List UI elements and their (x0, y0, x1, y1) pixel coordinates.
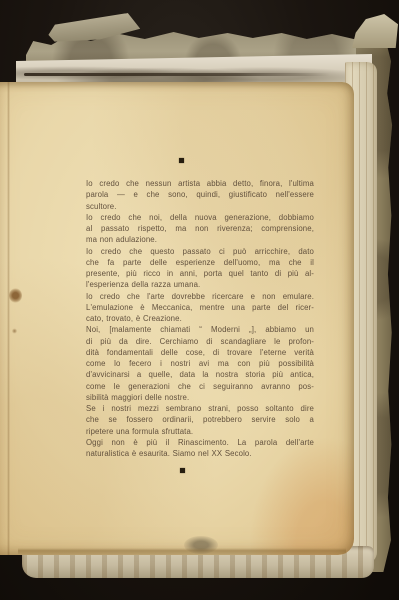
text-line: Io credo che questo passato ci può arric… (86, 246, 314, 257)
stain-speck (12, 328, 17, 334)
text-line: presente, più ricco in anni, porta quel … (86, 268, 314, 279)
text-line: naturalistica è esaurita. Siamo nel XX S… (86, 448, 314, 459)
text-line: che fa parte delle esperienze dell'uomo,… (86, 257, 314, 268)
text-line: Se i nostri mezzi sembrano strani, posso… (86, 403, 314, 414)
text-line: d'avvicinarsi a quelle, data la nostra s… (86, 369, 314, 380)
text-line: che se fossero ordinarii, potrebbero ser… (86, 414, 314, 425)
ornament-square-bottom-icon (180, 468, 185, 473)
text-line: cato, trovato, è Creazione. (86, 313, 314, 324)
text-line: scultore. (86, 201, 314, 212)
book-page: Io credo che nessun artista abbia detto,… (0, 82, 354, 555)
text-line: ripetere una formula sfruttata. (86, 426, 314, 437)
text-line: Io credo che l'arte dovrebbe ricercare e… (86, 291, 314, 302)
text-line: dità fondamentali delle cose, di trovare… (86, 347, 314, 358)
text-line: ma non adulazione. (86, 234, 314, 245)
text-line: Oggi non è più il Rinascimento. La parol… (86, 437, 314, 448)
photo-background: Io credo che nessun artista abbia detto,… (0, 0, 399, 600)
text-line: Io credo che nessun artista abbia detto,… (86, 178, 314, 189)
gutter-crease (7, 82, 10, 555)
text-line: come lo fecero i nostri avi ma con più p… (86, 358, 314, 369)
text-line: parola — e che sono, quindi, giustificat… (86, 189, 314, 200)
text-line: come le generazioni che ci seguiranno av… (86, 381, 314, 392)
text-line: di più da dire. Cerchiamo di scandagliar… (86, 336, 314, 347)
text-line: l'esperienza della razza umana. (86, 279, 314, 290)
text-block: Io credo che nessun artista abbia detto,… (86, 178, 314, 459)
book-cover-top-right-corner (352, 14, 398, 48)
text-line: Io credo che noi, della nuova generazion… (86, 212, 314, 223)
text-line: sibilità maggiori delle nostre. (86, 392, 314, 403)
page-bottom-crease (18, 548, 346, 554)
stain-spot (9, 288, 22, 303)
cover-page-shadow-gap (24, 73, 330, 76)
text-line: Noi, [malamente chiamati “ Moderni „], a… (86, 324, 314, 335)
text-line: al passato rispetto, ma non riverenza; c… (86, 223, 314, 234)
ornament-square-top-icon (179, 158, 184, 163)
text-line: L'emulazione è Meccanica, mentre una par… (86, 302, 314, 313)
